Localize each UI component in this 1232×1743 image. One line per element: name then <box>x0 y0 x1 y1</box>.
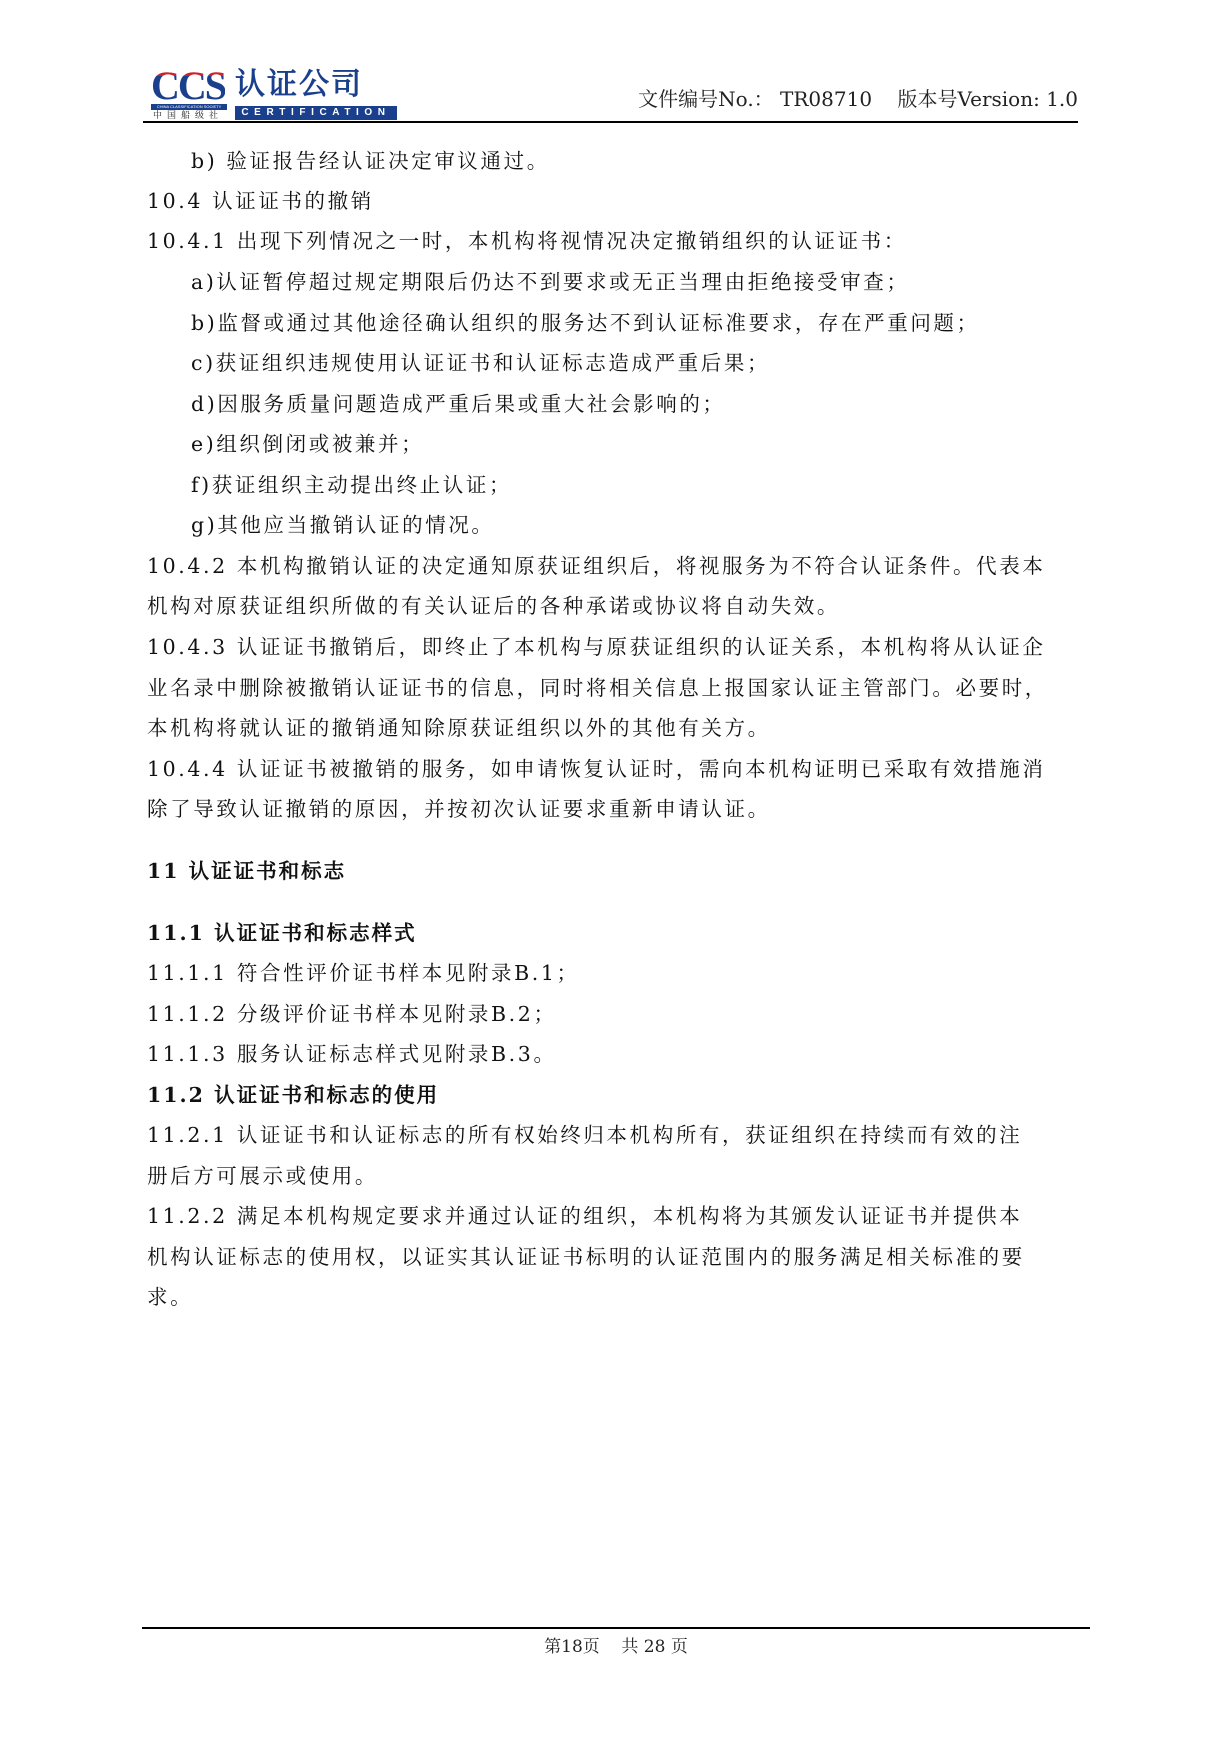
paragraph-11-2-1-line1: 11.2.1 认证证书和认证标志的所有权始终归本机构所有，获证组织在持续而有效的… <box>147 1121 1022 1149</box>
logo-company-cn: 认证公司 <box>235 68 363 102</box>
logo-mark: CCS <box>151 68 225 104</box>
document-meta: 文件编号No.： TR08710 版本号Version: 1.0 <box>638 86 1078 112</box>
paragraph-10-4-2-line2: 机构对原获证组织所做的有关认证后的各种承诺或协议将自动失效。 <box>147 592 840 620</box>
paragraph-11-2-2-line3: 求。 <box>147 1283 193 1311</box>
section-heading-11-2: 11.2 认证证书和标志的使用 <box>147 1081 439 1109</box>
page-header: CCS CHINA CLASSIFICATION SOCIETY 中国船级社 认… <box>143 64 1078 122</box>
logo-society-en: CHINA CLASSIFICATION SOCIETY <box>151 104 227 110</box>
list-item-d: d)因服务质量问题造成严重后果或重大社会影响的； <box>191 390 726 418</box>
document-page: CCS CHINA CLASSIFICATION SOCIETY 中国船级社 认… <box>0 0 1232 1743</box>
page-total: 共 28 页 <box>621 1637 687 1657</box>
list-item-b: b)监督或通过其他途径确认组织的服务达不到认证标准要求，存在严重问题； <box>191 309 980 337</box>
paragraph-10-4-4-line1: 10.4.4 认证证书被撤销的服务，如申请恢复认证时，需向本机构证明已采取有效措… <box>147 755 1045 783</box>
header-divider <box>143 121 1078 123</box>
list-item-g: g)其他应当撤销认证的情况。 <box>191 511 495 539</box>
paragraph-11-2-1-line2: 册后方可展示或使用。 <box>147 1162 378 1190</box>
version-number: 1.0 <box>1046 87 1078 111</box>
section-heading-11: 11 认证证书和标志 <box>147 857 346 885</box>
footer-divider <box>142 1627 1090 1629</box>
list-item-f: f)获证组织主动提出终止认证； <box>191 471 512 499</box>
paragraph-11-2-2-line2: 机构认证标志的使用权，以证实其认证证书标明的认证范围内的服务满足相关标准的要 <box>147 1243 1025 1271</box>
list-item-e: e)组织倒闭或被兼并； <box>191 430 424 458</box>
list-item-a: a)认证暂停超过规定期限后仍达不到要求或无正当理由拒绝接受审查； <box>191 268 909 296</box>
paragraph-10-4-3-line1: 10.4.3 认证证书撤销后，即终止了本机构与原获证组织的认证关系，本机构将从认… <box>147 633 1045 661</box>
logo-society-cn: 中国船级社 <box>153 111 223 121</box>
paragraph-10-4-4-line2: 除了导致认证撤销的原因，并按初次认证要求重新申请认证。 <box>147 795 771 823</box>
paragraph-10-4-3-line3: 本机构将就认证的撤销通知除原获证组织以外的其他有关方。 <box>147 714 771 742</box>
paragraph-10-4-1: 10.4.1 出现下列情况之一时，本机构将视情况决定撤销组织的认证证书： <box>147 227 907 255</box>
section-heading-11-1: 11.1 认证证书和标志样式 <box>147 919 417 947</box>
section-heading-10-4: 10.4 认证证书的撤销 <box>147 187 374 215</box>
page-current: 第18页 <box>544 1637 600 1657</box>
list-item-b-verify: b) 验证报告经认证决定审议通过。 <box>191 147 550 175</box>
doc-number: TR08710 <box>780 87 872 111</box>
page-number: 第18页 共 28 页 <box>0 1636 1232 1658</box>
paragraph-11-1-2: 11.1.2 分级评价证书样本见附录B.2； <box>147 1000 557 1028</box>
paragraph-11-1-3: 11.1.3 服务认证标志样式见附录B.3。 <box>147 1040 557 1068</box>
doc-number-label: 文件编号No.： <box>638 87 774 111</box>
ccs-certification-logo: CCS CHINA CLASSIFICATION SOCIETY 中国船级社 认… <box>151 68 401 120</box>
paragraph-10-4-2-line1: 10.4.2 本机构撤销认证的决定通知原获证组织后，将视服务为不符合认证条件。代… <box>147 552 1045 580</box>
list-item-c: c)获证组织违规使用认证证书和认证标志造成严重后果； <box>191 349 770 377</box>
paragraph-10-4-3-line2: 业名录中删除被撤销认证证书的信息，同时将相关信息上报国家认证主管部门。必要时， <box>147 674 1048 702</box>
paragraph-11-2-2-line1: 11.2.2 满足本机构规定要求并通过认证的组织，本机构将为其颁发认证证书并提供… <box>147 1202 1022 1230</box>
paragraph-11-1-1: 11.1.1 符合性评价证书样本见附录B.1； <box>147 959 580 987</box>
version-label: 版本号Version: <box>898 87 1040 111</box>
logo-company-en: CERTIFICATION <box>235 106 397 120</box>
